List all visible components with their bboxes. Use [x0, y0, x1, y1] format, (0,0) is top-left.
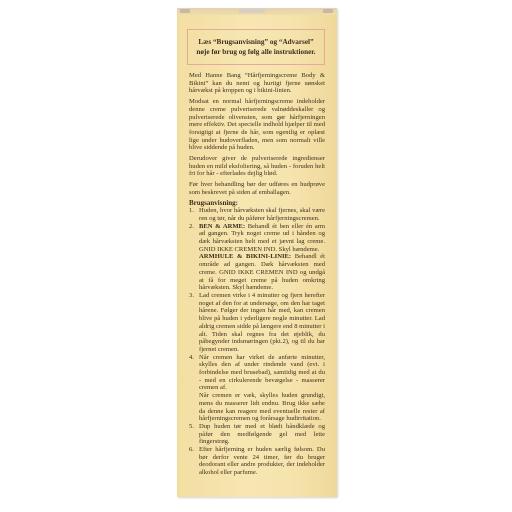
flap-mark: [323, 9, 333, 13]
product-description: Med Hanne Bang “Hårfjerningscreme Body &…: [189, 72, 325, 477]
instruction-step: 4. Når cremen har virket de anførte minu…: [189, 354, 325, 423]
instruction-step: 5. Dup huden tør med et blødt håndklæde …: [189, 423, 325, 446]
instruction-step: 6. Efter hårfjerning er huden særlig føl…: [189, 446, 325, 477]
intro-paragraph: Før hver behandling bør der udføres en h…: [189, 181, 325, 196]
instructions-heading: Brugsanvisning:: [189, 200, 325, 208]
intro-paragraph: Modsat en normal hårfjerningscreme indeh…: [189, 98, 325, 152]
intro-paragraph: Med Hanne Bang “Hårfjerningscreme Body &…: [189, 72, 325, 95]
flap-mark: [180, 9, 190, 13]
product-box-back-panel: Læs “Brugsanvisning” og “Advarsel” nøje …: [177, 8, 337, 497]
warning-line-1: Læs “Brugsanvisning” og “Advarsel”: [198, 37, 313, 47]
instruction-step: 1. Huden, hvor hårvæksten skal fjernes, …: [189, 207, 325, 222]
step-label-legs-arms: BEN & ARME:: [199, 223, 245, 230]
intro-paragraph: Derudover giver de pulveriserede ingredi…: [189, 155, 325, 178]
instruction-step: 2. BEN & ARME: Behandl ét ben eller én a…: [189, 223, 325, 292]
flap-mark: [239, 9, 265, 13]
box-top-flap: [177, 8, 337, 15]
warning-notice: Læs “Brugsanvisning” og “Advarsel” nøje …: [187, 29, 325, 65]
warning-line-2: nøje før brug og følg alle instruktioner…: [196, 47, 315, 57]
instructions-list: 1. Huden, hvor hårvæksten skal fjernes, …: [189, 207, 325, 477]
instruction-step: 3. Lad cremen virke i 4 minutter og fjer…: [189, 292, 325, 354]
step-label-armpit-bikini: ARMHULE & BIKINI-LINIE:: [199, 253, 291, 260]
